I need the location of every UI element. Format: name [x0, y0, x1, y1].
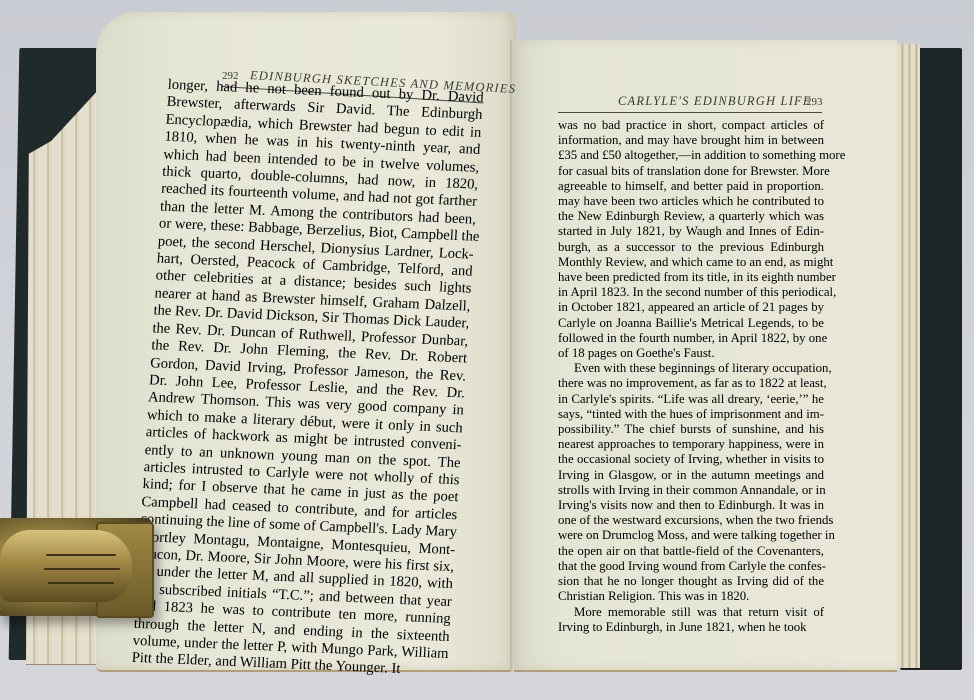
text-line: says, “tinted with the hues of imprisonm…: [558, 407, 824, 422]
right-page-text: was no bad practice in short, compact ar…: [558, 118, 824, 635]
text-line: in Carlyle's spirits. “Life was all drea…: [558, 392, 824, 407]
text-line: strolls with Irving in their common Anna…: [558, 483, 824, 498]
bookweight-hand-icon: [0, 530, 132, 602]
text-line: the occasional society of Irving, whethe…: [558, 452, 824, 467]
photo-scene: 292 Edinburgh Sketches and Memories Carl…: [0, 0, 974, 700]
text-line: Christian Religion. This was in 1820.: [558, 589, 824, 604]
text-line: Even with these beginnings of literary o…: [558, 361, 824, 376]
text-line: sion that he no longer thought as Irving…: [558, 574, 824, 589]
text-line: burgh, as a successor to the previous Ed…: [558, 240, 824, 255]
text-line: that the good Irving wound from Carlyle …: [558, 559, 824, 574]
text-line: there was no improvement, as far as to 1…: [558, 376, 824, 391]
text-line: agreeable to himself, and better paid in…: [558, 179, 824, 194]
text-line: the New Edinburgh Review, a quarterly wh…: [558, 209, 824, 224]
book-gutter: [510, 40, 514, 672]
text-line: have been predicted from its title, in i…: [558, 270, 824, 285]
text-line: Monthly Review, and which came to an end…: [558, 255, 824, 270]
text-line: information, and may have brought him in…: [558, 133, 824, 148]
text-line: More memorable still was that return vis…: [558, 605, 824, 620]
text-line: Irving's visits now and then to Edinburg…: [558, 498, 824, 513]
text-line: one of the westward excursions, when the…: [558, 513, 824, 528]
text-line: was no bad practice in short, compact ar…: [558, 118, 824, 133]
text-line: may have been two articles which he cont…: [558, 194, 824, 209]
text-line: of 18 pages on Goethe's Faust.: [558, 346, 824, 361]
text-line: nearest approaches to temporary happines…: [558, 437, 824, 452]
right-running-head: Carlyle's Edinburgh Life: [618, 94, 812, 109]
text-line: Irving to Edinburgh, in June 1821, when …: [558, 620, 824, 635]
right-head-rule: [558, 112, 822, 113]
text-line: in October 1821, appeared an article of …: [558, 300, 824, 315]
left-page-text: longer, had he not been found out by Dr.…: [131, 77, 484, 681]
text-line: were on Drumclog Moss, and were talking …: [558, 528, 824, 543]
right-page-number: 293: [806, 96, 823, 108]
text-line: followed in the fourth number, in April …: [558, 331, 824, 346]
text-line: started in July 1821, by Waugh and Innes…: [558, 224, 824, 239]
text-line: Carlyle on Joanna Baillie's Metrical Leg…: [558, 316, 824, 331]
text-line: Irving in Glasgow, or in the autumn meet…: [558, 468, 824, 483]
text-line: possibility.” The chief bursts of sunshi…: [558, 422, 824, 437]
text-line: the open air on that battle-field of the…: [558, 544, 824, 559]
text-line: £35 and £50 altogether,—in addition to s…: [558, 148, 824, 163]
text-line: for casual bits of translation done for …: [558, 164, 824, 179]
text-line: in April 1823. In the second number of t…: [558, 285, 824, 300]
